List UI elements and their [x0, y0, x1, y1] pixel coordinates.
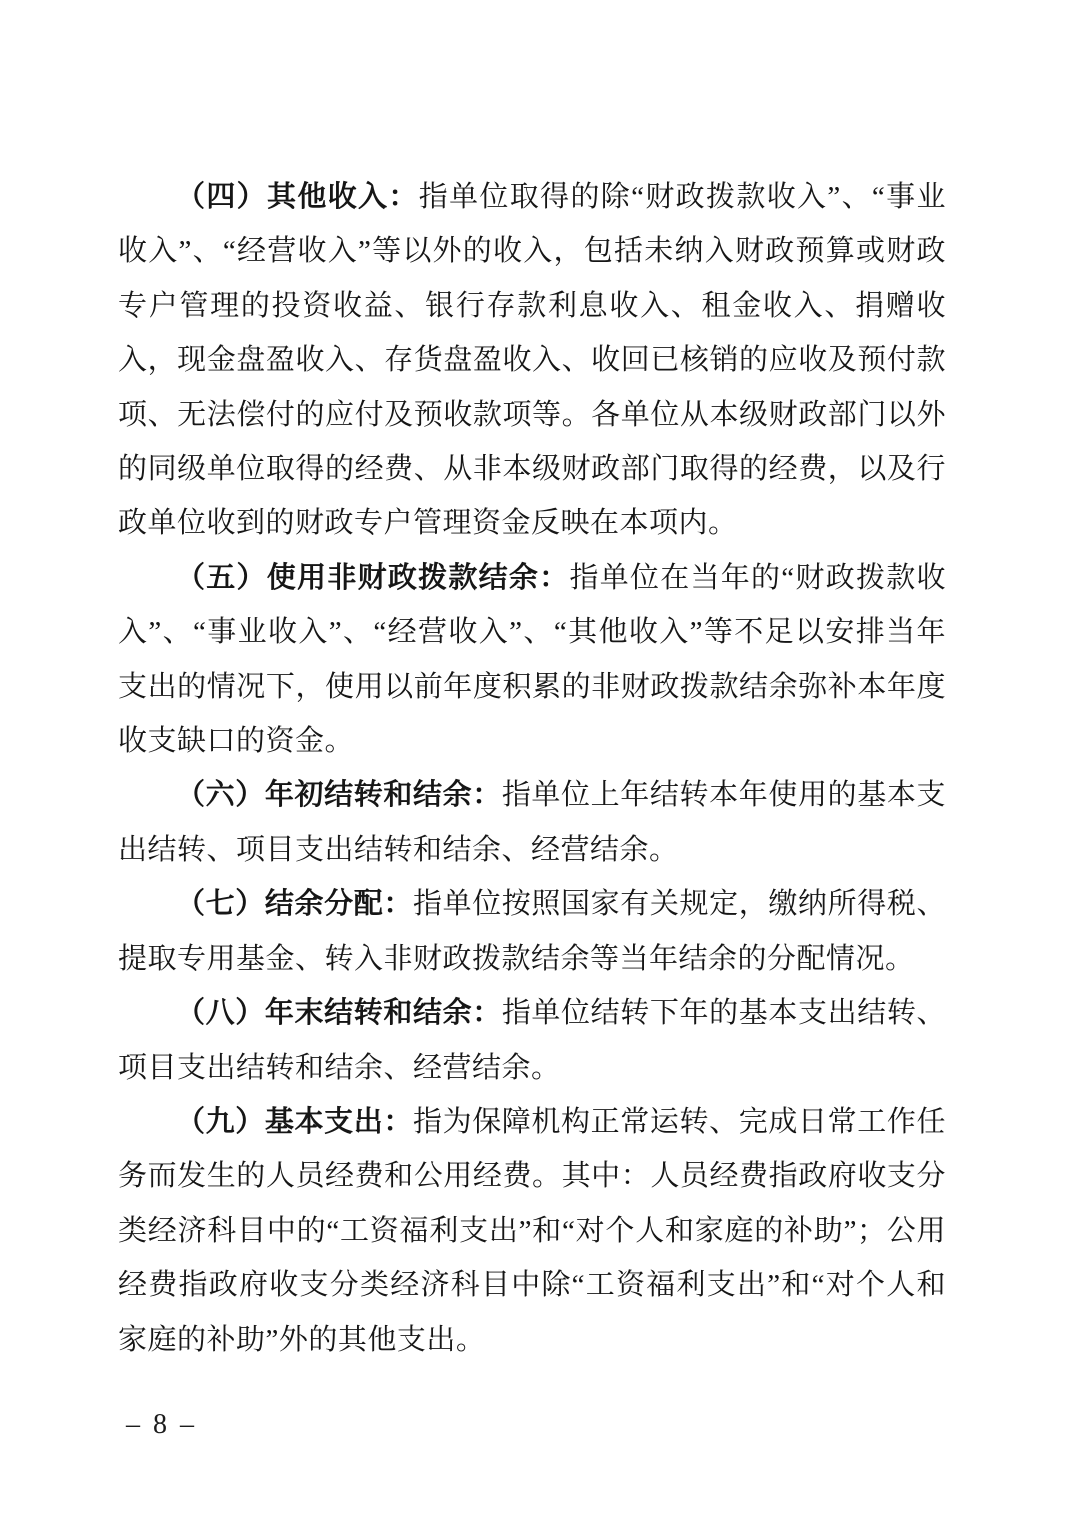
term-label: （六）年初结转和结余：	[176, 779, 502, 811]
definition-paragraph-4: （四）其他收入：指单位取得的除“财政拨款收入”、“事业收入”、“经营收入”等以外…	[118, 170, 946, 551]
definition-paragraph-7: （七）结余分配：指单位按照国家有关规定，缴纳所得税、提取专用基金、转入非财政拨款…	[118, 877, 946, 986]
term-label: （五）使用非财政拨款结余：	[176, 562, 569, 594]
definition-paragraph-5: （五）使用非财政拨款结余：指单位在当年的“财政拨款收入”、“事业收入”、“经营收…	[118, 551, 946, 769]
definition-paragraph-8: （八）年末结转和结余：指单位结转下年的基本支出结转、项目支出结转和结余、经营结余…	[118, 986, 946, 1095]
term-label: （四）其他收入：	[176, 181, 419, 213]
definition-text: 指单位取得的除“财政拨款收入”、“事业收入”、“经营收入”等以外的收入，包括未纳…	[118, 181, 946, 539]
document-body: （四）其他收入：指单位取得的除“财政拨款收入”、“事业收入”、“经营收入”等以外…	[118, 170, 946, 1367]
term-label: （八）年末结转和结余：	[176, 997, 502, 1029]
term-label: （九）基本支出：	[176, 1106, 413, 1138]
document-page: （四）其他收入：指单位取得的除“财政拨款收入”、“事业收入”、“经营收入”等以外…	[0, 0, 1075, 1520]
page-number: – 8 –	[126, 1405, 197, 1445]
term-label: （七）结余分配：	[176, 888, 413, 920]
definition-paragraph-9: （九）基本支出：指为保障机构正常运转、完成日常工作任务而发生的人员经费和公用经费…	[118, 1095, 946, 1367]
definition-paragraph-6: （六）年初结转和结余：指单位上年结转本年使用的基本支出结转、项目支出结转和结余、…	[118, 768, 946, 877]
definition-text: 指为保障机构正常运转、完成日常工作任务而发生的人员经费和公用经费。其中：人员经费…	[118, 1106, 946, 1356]
